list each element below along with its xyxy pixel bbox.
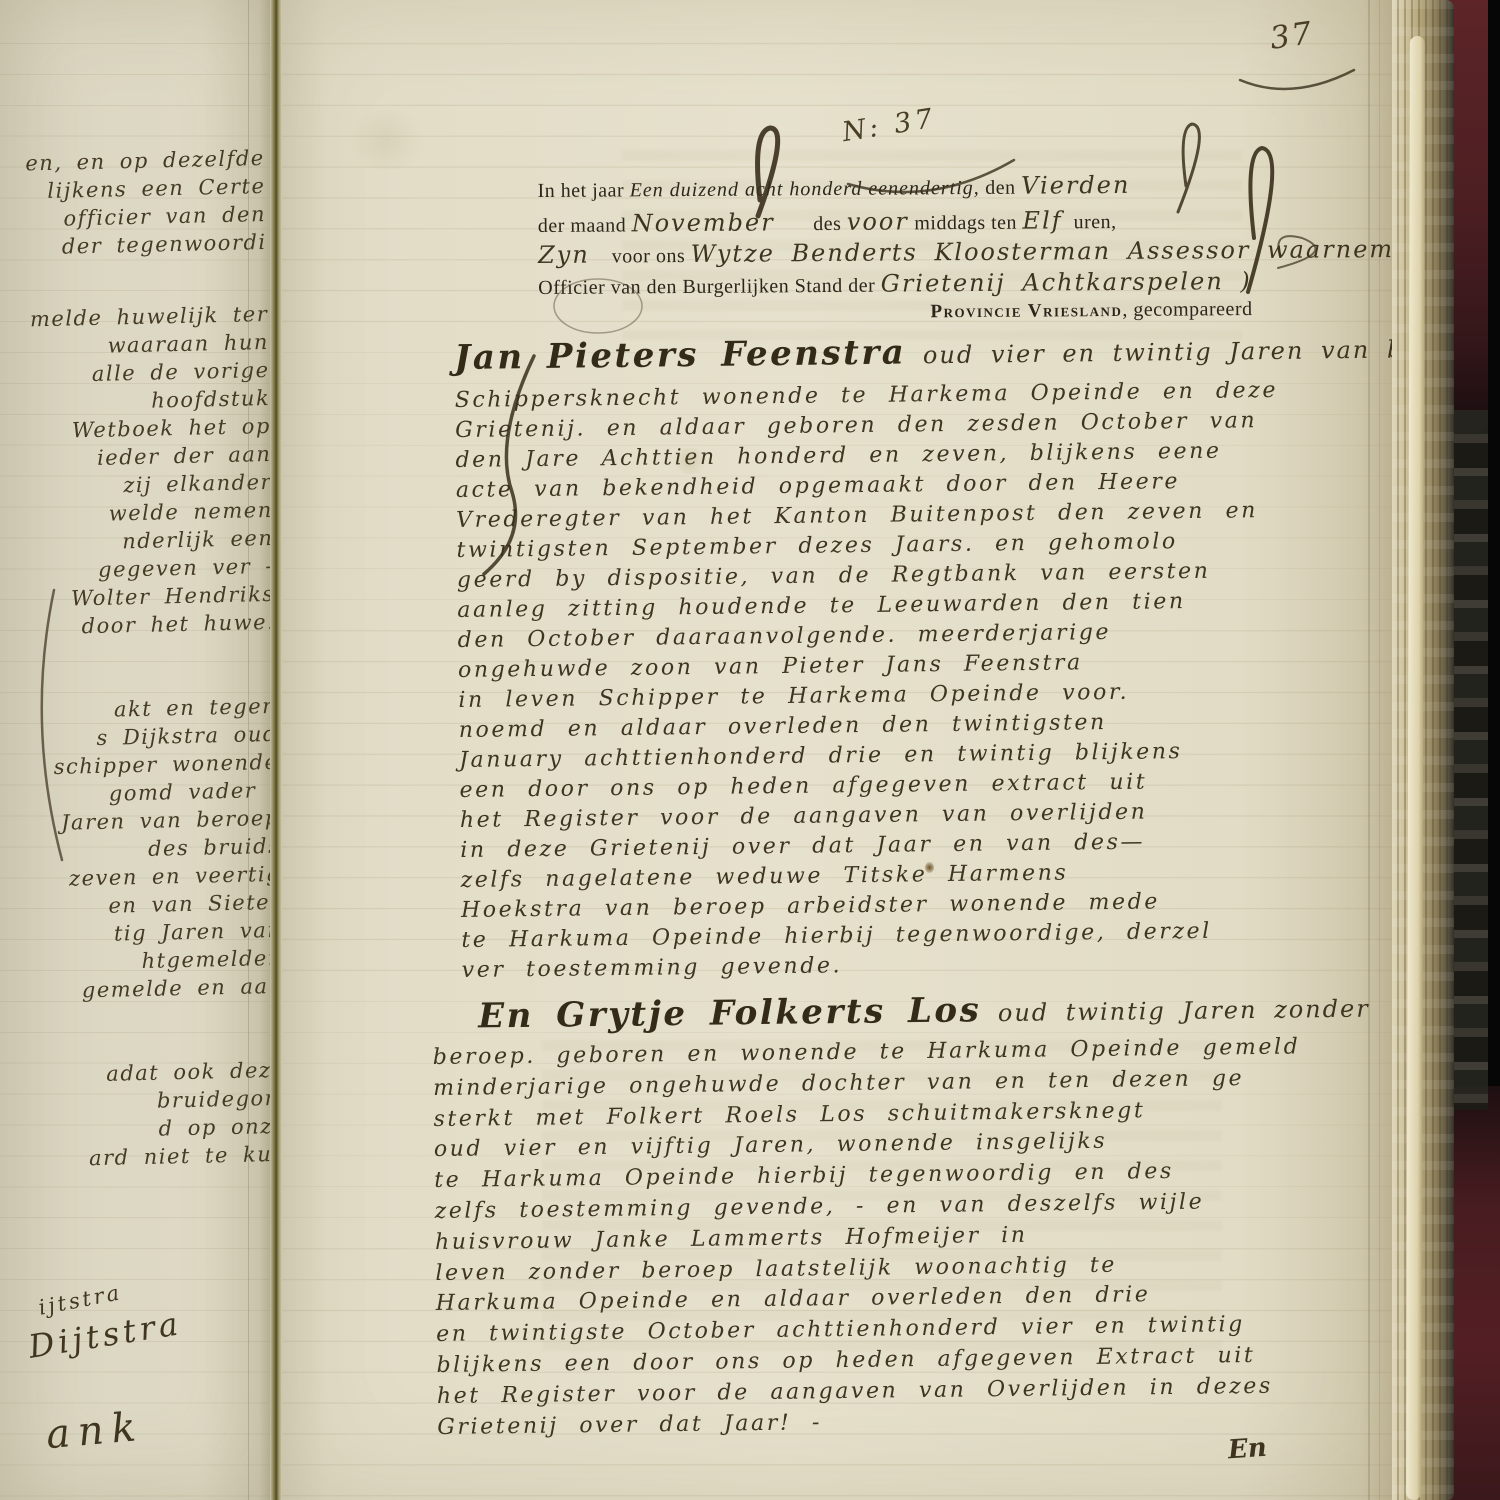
text-segment: den xyxy=(980,177,1022,199)
fragment-group: melde huwelijk terwaaraan hunalle de vor… xyxy=(28,302,270,643)
text-segment: uren, xyxy=(1063,211,1117,233)
text-segment: , gecompareerd xyxy=(1122,298,1252,321)
left-page-fragment: door het huwe. xyxy=(35,610,270,643)
ink-spot xyxy=(925,862,934,873)
catchword: En xyxy=(1227,1433,1268,1466)
groom-paragraph: Jan Pieters Feenstra oud vier en twintig… xyxy=(454,326,1392,988)
left-page-text-fragments: en, en op dezelfdelijkens een Certeoffic… xyxy=(25,146,270,1175)
left-page-strip: en, en op dezelfdelijkens een Certeoffic… xyxy=(0,0,270,1500)
signature-fragment: ank xyxy=(44,1404,145,1458)
text-segment: Wytze Benderts Kloosterman Assessor waar… xyxy=(691,235,1392,268)
fragment-group: adat ook dezebruidegomd op onzeard niet … xyxy=(45,1058,270,1175)
fragment-group: en, en op dezelfdelijkens een Certeoffic… xyxy=(25,146,267,263)
book-cover-edge-bottom xyxy=(1450,1086,1500,1500)
page-number: 37 xyxy=(1268,15,1316,57)
text-segment: Officier van den Burgerlijken Stand der xyxy=(538,275,881,299)
text-segment: Vierden xyxy=(1021,171,1130,200)
text-segment: Grietenij Achtkarspelen ) xyxy=(881,267,1252,298)
paper-crease xyxy=(1379,0,1380,1500)
text-segment: In het jaar xyxy=(538,179,630,202)
page-gutter xyxy=(270,0,282,1500)
bride-paragraph: En Grytje Folkerts Los oud twintig Jaren… xyxy=(432,985,1392,1446)
paper-stain xyxy=(342,110,432,170)
paper-crease xyxy=(1368,0,1370,1500)
archival-book-scan: en, en op dezelfdelijkens een Certeoffic… xyxy=(0,0,1500,1500)
left-page-fragment: ard niet te kun xyxy=(47,1142,270,1175)
printed-form-header: In het jaar Een duizend acht honderd een… xyxy=(537,169,1392,331)
text-segment: En Grytje Folkerts Los xyxy=(478,990,981,1036)
form-header-line: In het jaar Een duizend acht honderd een… xyxy=(537,169,1392,210)
text-segment: voor xyxy=(847,207,909,235)
act-number: N: 37 xyxy=(840,103,938,148)
bride-paragraph-lines: beroep. geboren en wonende te Harkuma Op… xyxy=(433,1033,1392,1446)
groom-paragraph-lines: Schippersknecht wonende te Harkema Opein… xyxy=(455,376,1392,988)
registry-page: 37 N: 37 In het jaar Een duizend acht ho… xyxy=(282,0,1392,1500)
text-segment: middags ten xyxy=(909,212,1023,235)
text-segment: Een duizend acht honderd eenendertig, xyxy=(630,177,980,201)
text-segment: der maand xyxy=(538,214,632,237)
text-segment: des xyxy=(775,213,847,236)
left-page-fragment: gemelde en aan xyxy=(43,974,270,1007)
margin-rule xyxy=(248,0,249,1500)
text-segment: Jan Pieters Feenstra xyxy=(454,332,907,378)
text-segment: Zyn xyxy=(538,241,590,269)
fragment-group: akt en tegens Dijkstra oudschipper wonen… xyxy=(37,694,270,1007)
text-segment: November xyxy=(632,208,775,237)
form-header-line: Provincie Vriesland, gecompareerd xyxy=(538,297,1392,331)
text-segment: voor ons xyxy=(590,245,691,268)
text-segment: Provincie Vriesland xyxy=(930,300,1122,322)
text-segment: Elf xyxy=(1022,206,1062,234)
book-spine-shadow xyxy=(1450,410,1488,1110)
text-segment: oud twintig Jaren zonder xyxy=(981,995,1370,1028)
left-page-fragment: der tegenwoordi xyxy=(27,230,267,263)
text-segment: oud vier en twintig Jaren van beroep xyxy=(906,334,1392,369)
paper-stain xyxy=(670,448,710,474)
